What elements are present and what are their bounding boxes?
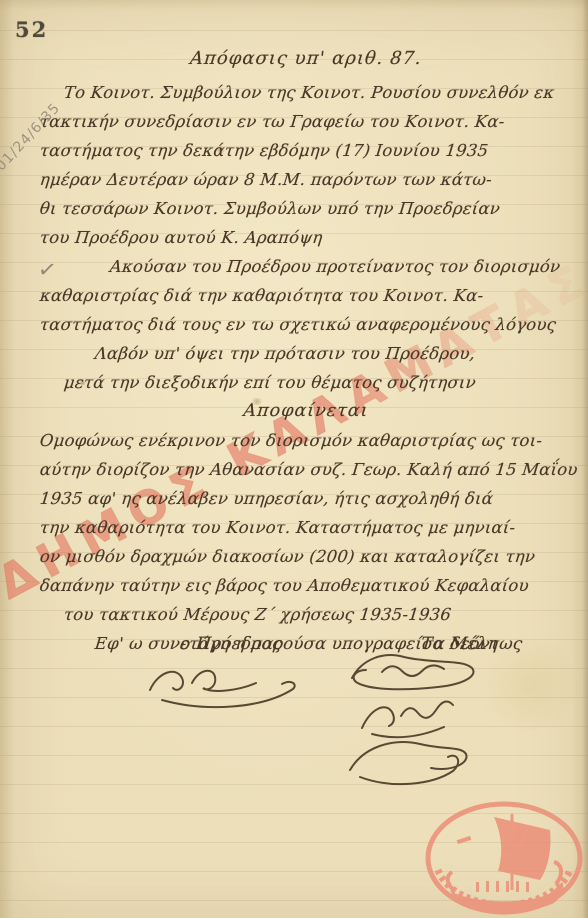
handwritten-line: Το Κοινοτ. Συμβούλιον της Κοινοτ. Ρουσίο… bbox=[38, 78, 573, 107]
handwritten-line: του τακτικού Μέρους Ζ΄ χρήσεως 1935-1936 bbox=[38, 600, 573, 629]
member-signature bbox=[352, 655, 474, 689]
galley-sail-icon bbox=[494, 817, 551, 880]
handwritten-line: θι τεσσάρων Κοινοτ. Συμβούλων υπό την Πρ… bbox=[38, 194, 573, 223]
handwritten-line: ταστήματος την δεκάτην εβδόμην (17) Ιουν… bbox=[38, 136, 573, 165]
handwritten-line: Ομοφώνως ενέκρινον τον διορισμόν καθαρισ… bbox=[38, 426, 573, 455]
handwritten-line: ον μισθόν δραχμών διακοσίων (200) και κα… bbox=[38, 542, 573, 571]
member-signature bbox=[362, 701, 453, 728]
handwritten-line: καθαριστρίας διά την καθαριότητα του Κοι… bbox=[38, 281, 573, 310]
handwritten-line: αύτην διορίζον την Αθανασίαν συζ. Γεωρ. … bbox=[38, 455, 573, 484]
signature-labels: ο Πρόεδρος Τα Μέλη bbox=[40, 630, 528, 659]
handwritten-line: μετά την διεξοδικήν επί του θέματος συζή… bbox=[38, 368, 573, 397]
handwritten-line: δαπάνην ταύτην εις βάρος του Αποθεματικο… bbox=[38, 571, 573, 600]
page-number: 52 bbox=[15, 19, 48, 40]
galley-bow-icon bbox=[448, 872, 454, 890]
handwritten-line: Ακούσαν του Προέδρου προτείναντος τον δι… bbox=[38, 252, 573, 281]
signatures bbox=[0, 640, 588, 810]
handwritten-line: ταστήματος διά τους εν τω σχετικώ αναφερ… bbox=[38, 310, 573, 339]
member-signature bbox=[350, 742, 466, 770]
handwritten-line: του Προέδρου αυτού Κ. Αραπόψη bbox=[38, 223, 573, 252]
handwritten-decision-text: Απόφασις υπ' αριθ. 87. Το Κοινοτ. Συμβού… bbox=[40, 44, 572, 658]
ancient-galley-seal bbox=[424, 800, 586, 918]
seal-wave-band bbox=[438, 870, 570, 905]
galley-hull-icon bbox=[451, 882, 563, 912]
galley-stern-icon bbox=[554, 862, 561, 884]
handwritten-line: την καθαριότητα του Κοινοτ. Καταστήματος… bbox=[38, 513, 573, 542]
president-label: ο Πρόεδρος bbox=[178, 630, 283, 659]
president-signature bbox=[150, 671, 256, 691]
seal-border bbox=[428, 804, 580, 912]
members-label: Τα Μέλη bbox=[419, 630, 499, 659]
handwritten-line: Λαβόν υπ' όψει την πρότασιν του Προέδρου… bbox=[38, 339, 573, 368]
handwritten-line: τακτικήν συνεδρίασιν εν τω Γραφείω του Κ… bbox=[38, 107, 573, 136]
decision-verdict-heading: Αποφαίνεται bbox=[38, 397, 573, 426]
decision-title: Απόφασις υπ' αριθ. 87. bbox=[38, 44, 573, 73]
handwritten-line: ημέραν Δευτέραν ώραν 8 Μ.Μ. παρόντων των… bbox=[38, 165, 573, 194]
seal-small-text bbox=[457, 836, 472, 844]
handwritten-line: 1935 αφ' ης ανέλαβεν υπηρεσίαν, ήτις ασχ… bbox=[38, 484, 573, 513]
